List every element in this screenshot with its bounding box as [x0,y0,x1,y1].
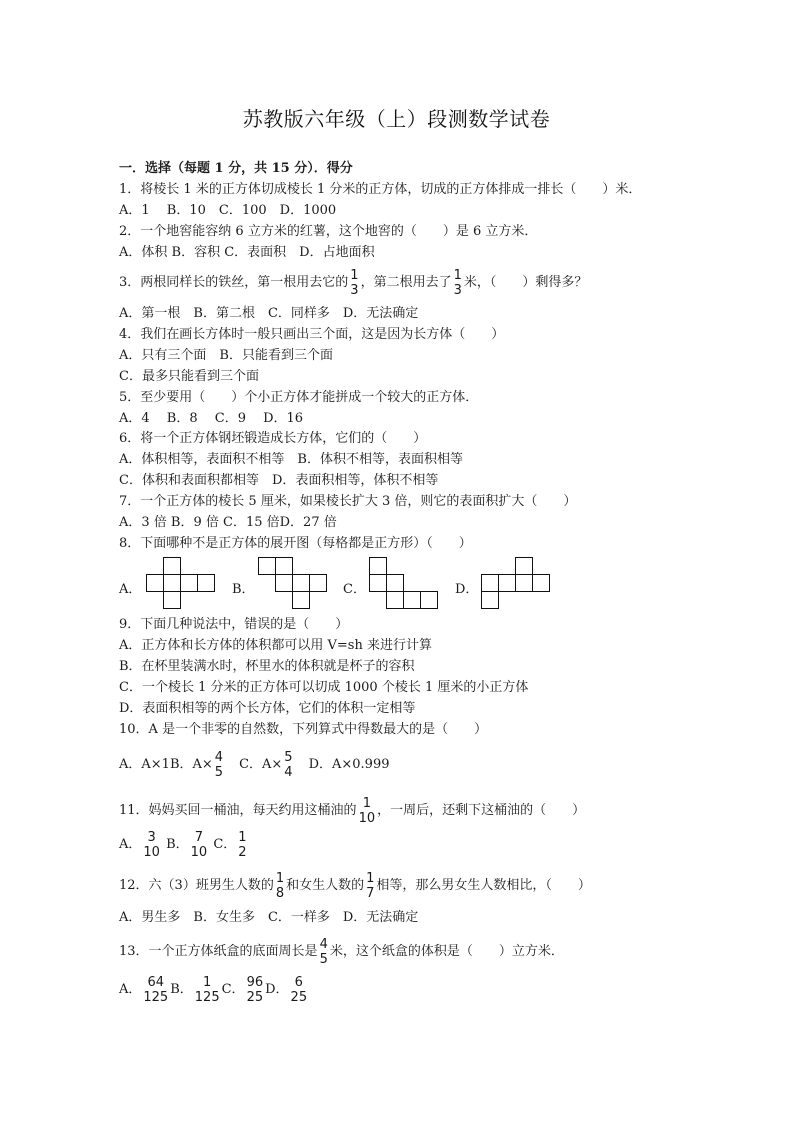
question-9-option-c: C．一个棱长 1 分米的正方体可以切成 1000 个棱长 1 厘米的小正方体 [119,680,528,696]
net-square [386,591,404,609]
fraction-numerator: 96 [247,975,264,990]
question-8: 8．下面哪种不是正方体的展开图（每格都是正方形）（ ） [119,536,472,552]
fraction: 17 [366,871,374,901]
fraction-denominator: 125 [143,990,168,1005]
question-number: 1． [119,182,140,197]
question-number: 9． [119,617,140,632]
question-text: 和女生人数的 [286,878,364,893]
option-label: A． [119,837,141,852]
fraction: 710 [191,830,208,860]
question-number: 7． [119,494,140,509]
fraction-numerator: 1 [203,975,211,990]
question-10-options: A．A×1B．A×45C．A×54D．A×0.999 [119,748,390,782]
fraction-numerator: 5 [284,750,292,765]
question-text: 米，（ ）剩得多？ [464,275,588,290]
net-square [386,574,404,592]
net-square [197,574,215,592]
fraction-numerator: 1 [454,268,462,283]
net-square [481,591,499,609]
fraction: 18 [276,871,284,901]
question-4-options: A．只有三个面 B．只能看到三个面 [119,348,333,364]
net-square [532,574,550,592]
fraction-numerator: 1 [276,871,284,886]
question-6-options-2: C．体积和表面积都相等 D．表面积相等，体积不相等 [119,473,438,489]
option-text: A．A×1B．A× [119,757,213,772]
option-label: D． [265,982,288,997]
net-square [163,557,181,575]
question-number: 10． [119,722,149,737]
question-text: 米，这个纸盒的体积是（ ）立方米． [330,944,564,959]
page-title: 苏教版六年级（上）段测数学试卷 [0,103,793,132]
exam-page: 苏教版六年级（上）段测数学试卷 一．选择（每题 1 分，共 15 分）．得分 1… [0,0,793,1122]
net-square [146,574,164,592]
question-3: 3．两根同样长的铁丝，第一根用去它的13，第二根用去了13米，（ ）剩得多？ [119,266,587,300]
fraction: 12 [238,830,246,860]
fraction-numerator: 6 [295,975,303,990]
fraction-denominator: 25 [291,990,308,1005]
question-4: 4．我们在画长方体时一般只画出三个面，这是因为长方体（ ） [119,327,504,343]
question-9-option-a: A．正方体和长方体的体积都可以用 V=sh 来进行计算 [119,638,432,654]
net-square [292,574,310,592]
question-12: 12．六（3）班男生人数的18和女生人数的17相等，那么男女生人数相比，（ ） [119,869,591,903]
question-number: 8． [119,536,140,551]
fraction-denominator: 3 [454,283,462,298]
net-square [309,574,327,592]
net-square [515,557,533,575]
fraction-numerator: 1 [238,830,246,845]
question-number: 4． [119,327,140,342]
question-9: 9．下面几种说法中，错误的是（ ） [119,617,348,633]
fraction: 625 [291,975,308,1005]
question-1-options: A．1 B．10 C．100 D．1000 [119,203,336,219]
option-label: A． [119,982,141,997]
net-square [369,574,387,592]
question-text: 将棱长 1 米的正方体切成棱长 1 分米的正方体，切成的正方体排成一排长（ ）米… [140,182,641,197]
question-12-options: A．男生多 B．女生多 C．一样多 D．无法确定 [119,910,418,926]
question-5: 5．至少要用（ ）个小正方体才能拼成一个较大的正方体． [119,390,478,406]
question-13: 13．一个正方体纸盒的底面周长是45米，这个纸盒的体积是（ ）立方米． [119,935,564,969]
net-square [369,557,387,575]
question-text: 下面哪种不是正方体的展开图（每格都是正方形）（ ） [140,536,472,551]
fraction-denominator: 125 [195,990,220,1005]
fraction-numerator: 4 [215,750,223,765]
question-text: 将一个正方体钢坯锻造成长方体，它们的（ ） [140,431,426,446]
question-4-options-2: C．最多只能看到三个面 [119,369,259,385]
question-11: 11．妈妈买回一桶油，每天约用这桶油的110，一周后，还剩下这桶油的（ ） [119,794,585,828]
net-square [515,574,533,592]
fraction-denominator: 5 [320,952,328,967]
net-square [481,574,499,592]
net-square [275,557,293,575]
question-5-options: A．4 B．8 C．9 D．16 [119,411,303,427]
question-9-option-d: D．表面积相等的两个长方体，它们的体积一定相等 [119,701,415,717]
question-9-option-b: B．在杯里装满水时，杯里水的体积就是杯子的容积 [119,659,415,675]
net-square [292,591,310,609]
fraction-denominator: 10 [359,811,376,826]
fraction-denominator: 25 [247,990,264,1005]
fraction: 1125 [195,975,220,1005]
fraction: 45 [320,937,328,967]
section-heading: 一．选择（每题 1 分，共 15 分）．得分 [119,161,353,177]
fraction: 64125 [143,975,168,1005]
net-option-label: C． [343,578,366,597]
fraction: 13 [454,268,462,298]
net-square [498,574,516,592]
question-11-options: A．310 B．710 C．12 [119,828,249,862]
question-text: 一个正方体的棱长 5 厘米，如果棱长扩大 3 倍，则它的表面积扩大（ ） [140,494,576,509]
question-7-options: A．3 倍 B．9 倍 C．15 倍D．27 倍 [119,515,337,531]
fraction-numerator: 1 [350,268,358,283]
question-number: 2． [119,224,140,239]
net-square [180,574,198,592]
question-text: 下面几种说法中，错误的是（ ） [140,617,348,632]
fraction-numerator: 4 [320,937,328,952]
fraction: 310 [143,830,160,860]
question-text: 妈妈买回一桶油，每天约用这桶油的 [149,803,357,818]
question-7: 7．一个正方体的棱长 5 厘米，如果棱长扩大 3 倍，则它的表面积扩大（ ） [119,494,576,510]
question-1: 1．将棱长 1 米的正方体切成棱长 1 分米的正方体，切成的正方体排成一排长（ … [119,182,641,198]
option-label: C． [222,982,245,997]
net-option-label: D． [455,578,478,597]
question-6-options: A．体积相等，表面积不相等 B．体积不相等，表面积相等 [119,452,463,468]
fraction-numerator: 1 [366,871,374,886]
question-13-options: A．64125B．1125C．9625D．625 [119,973,309,1007]
fraction-numerator: 7 [195,830,203,845]
fraction-denominator: 4 [284,765,292,780]
fraction-denominator: 7 [366,886,374,901]
question-10: 10．A 是一个非零的自然数，下列算式中得数最大的是（ ） [119,722,487,738]
option-text: D．A×0.999 [309,757,390,772]
fraction: 45 [215,750,223,780]
fraction: 54 [284,750,292,780]
fraction-denominator: 10 [143,845,160,860]
fraction: 110 [359,796,376,826]
option-label: C． [213,837,236,852]
fraction-numerator: 1 [363,796,371,811]
question-text: ，第二根用去了 [361,275,452,290]
net-square [163,574,181,592]
question-text: 两根同样长的铁丝，第一根用去它的 [140,275,348,290]
question-text: 一个地窖能容纳 6 立方米的红薯，这个地窖的（ ）是 6 立方米． [140,224,537,239]
question-number: 11． [119,803,149,818]
fraction-denominator: 2 [238,845,246,860]
net-square [275,574,293,592]
question-text: ，一周后，还剩下这桶油的（ ） [377,803,585,818]
net-option-label: B． [232,578,255,597]
fraction-denominator: 5 [215,765,223,780]
net-square [258,557,276,575]
question-2-options: A．体积 B．容积 C．表面积 D．占地面积 [119,245,375,261]
question-text: 至少要用（ ）个小正方体才能拼成一个较大的正方体． [140,390,478,405]
fraction: 9625 [247,975,264,1005]
question-text: 一个正方体纸盒的底面周长是 [149,944,318,959]
question-text: A 是一个非零的自然数，下列算式中得数最大的是（ ） [149,722,488,737]
fraction-denominator: 3 [350,283,358,298]
question-number: 12． [119,878,149,893]
question-number: 3． [119,275,140,290]
net-option-label: A． [119,578,141,597]
option-label: B． [170,982,193,997]
question-2: 2．一个地窖能容纳 6 立方米的红薯，这个地窖的（ ）是 6 立方米． [119,224,537,240]
question-text: 六（3）班男生人数的 [149,878,274,893]
net-square [420,591,438,609]
question-number: 13． [119,944,149,959]
question-number: 6． [119,431,140,446]
net-square [403,591,421,609]
question-text: 相等，那么男女生人数相比，（ ） [376,878,591,893]
fraction-denominator: 8 [276,886,284,901]
question-text: 我们在画长方体时一般只画出三个面，这是因为长方体（ ） [140,327,504,342]
option-label: B． [166,837,189,852]
option-text: C．A× [239,757,282,772]
question-3-options: A．第一根 B．第二根 C．同样多 D．无法确定 [119,306,418,322]
fraction-denominator: 10 [191,845,208,860]
fraction-numerator: 64 [148,975,165,990]
net-square [163,591,181,609]
question-number: 5． [119,390,140,405]
fraction: 13 [350,268,358,298]
fraction-numerator: 3 [148,830,156,845]
question-6: 6．将一个正方体钢坯锻造成长方体，它们的（ ） [119,431,426,447]
